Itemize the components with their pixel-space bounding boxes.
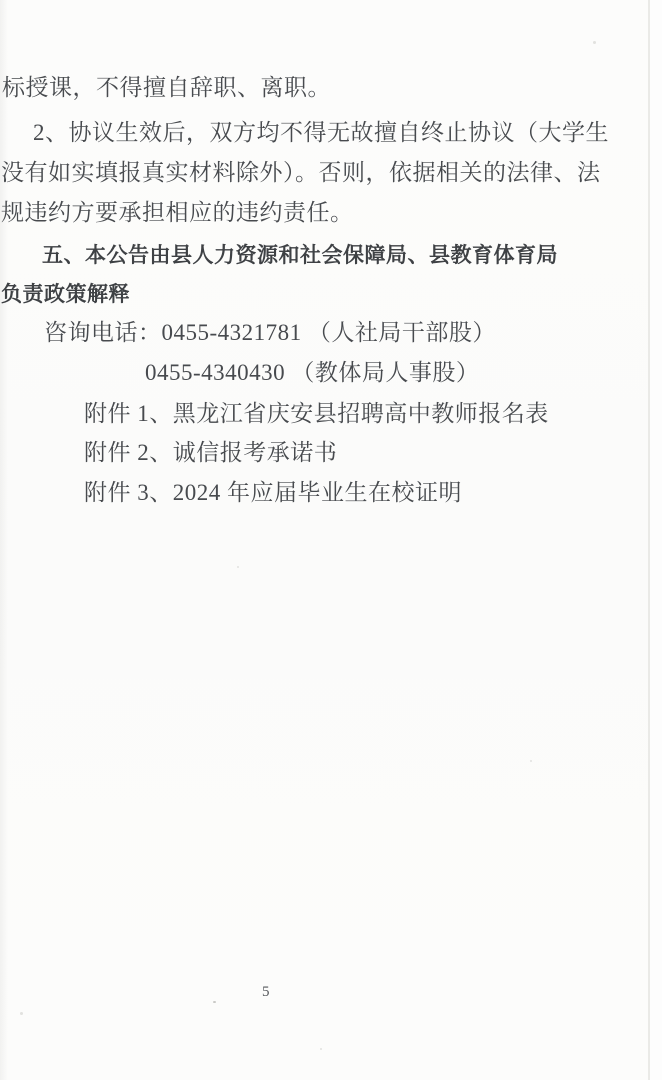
- contact-phone-line-1: 咨询电话：0455-4321781 （人社局干部股）: [44, 319, 496, 347]
- scan-speck: [237, 566, 239, 568]
- section-heading-line-1: 五、本公告由县人力资源和社会保障局、县教育体育局: [42, 242, 558, 270]
- scan-right-margin: [650, 0, 662, 1080]
- scan-edge-line: [648, 0, 650, 1080]
- paragraph-1-continuation-line: 标授课，不得擅自辞职、离职。: [2, 74, 331, 102]
- scan-speck: [213, 1001, 216, 1003]
- paragraph-2-line-2: 没有如实填报真实材料除外）。否则，依据相关的法律、法: [1, 159, 601, 187]
- paragraph-2-line-1: 2、协议生效后，双方均不得无故擅自终止协议（大学生: [33, 119, 609, 147]
- scan-speck: [593, 41, 596, 44]
- scan-speck: [20, 1012, 23, 1015]
- attachment-item-3: 附件 3、2024 年应届毕业生在校证明: [84, 479, 462, 507]
- section-heading-line-2: 负责政策解释: [1, 281, 130, 309]
- scan-speck: [530, 760, 532, 762]
- scan-speck: [320, 1048, 322, 1050]
- paragraph-2-line-3: 规违约方要承担相应的违约责任。: [1, 199, 354, 227]
- attachment-item-1: 附件 1、黑龙江省庆安县招聘高中教师报名表: [84, 400, 549, 428]
- scanned-document-page: 标授课，不得擅自辞职、离职。 2、协议生效后，双方均不得无故擅自终止协议（大学生…: [0, 0, 662, 1080]
- contact-phone-line-2: 0455-4340430 （教体局人事股）: [145, 359, 479, 387]
- attachment-item-2: 附件 2、诚信报考承诺书: [84, 439, 337, 467]
- page-number: 5: [262, 984, 270, 1001]
